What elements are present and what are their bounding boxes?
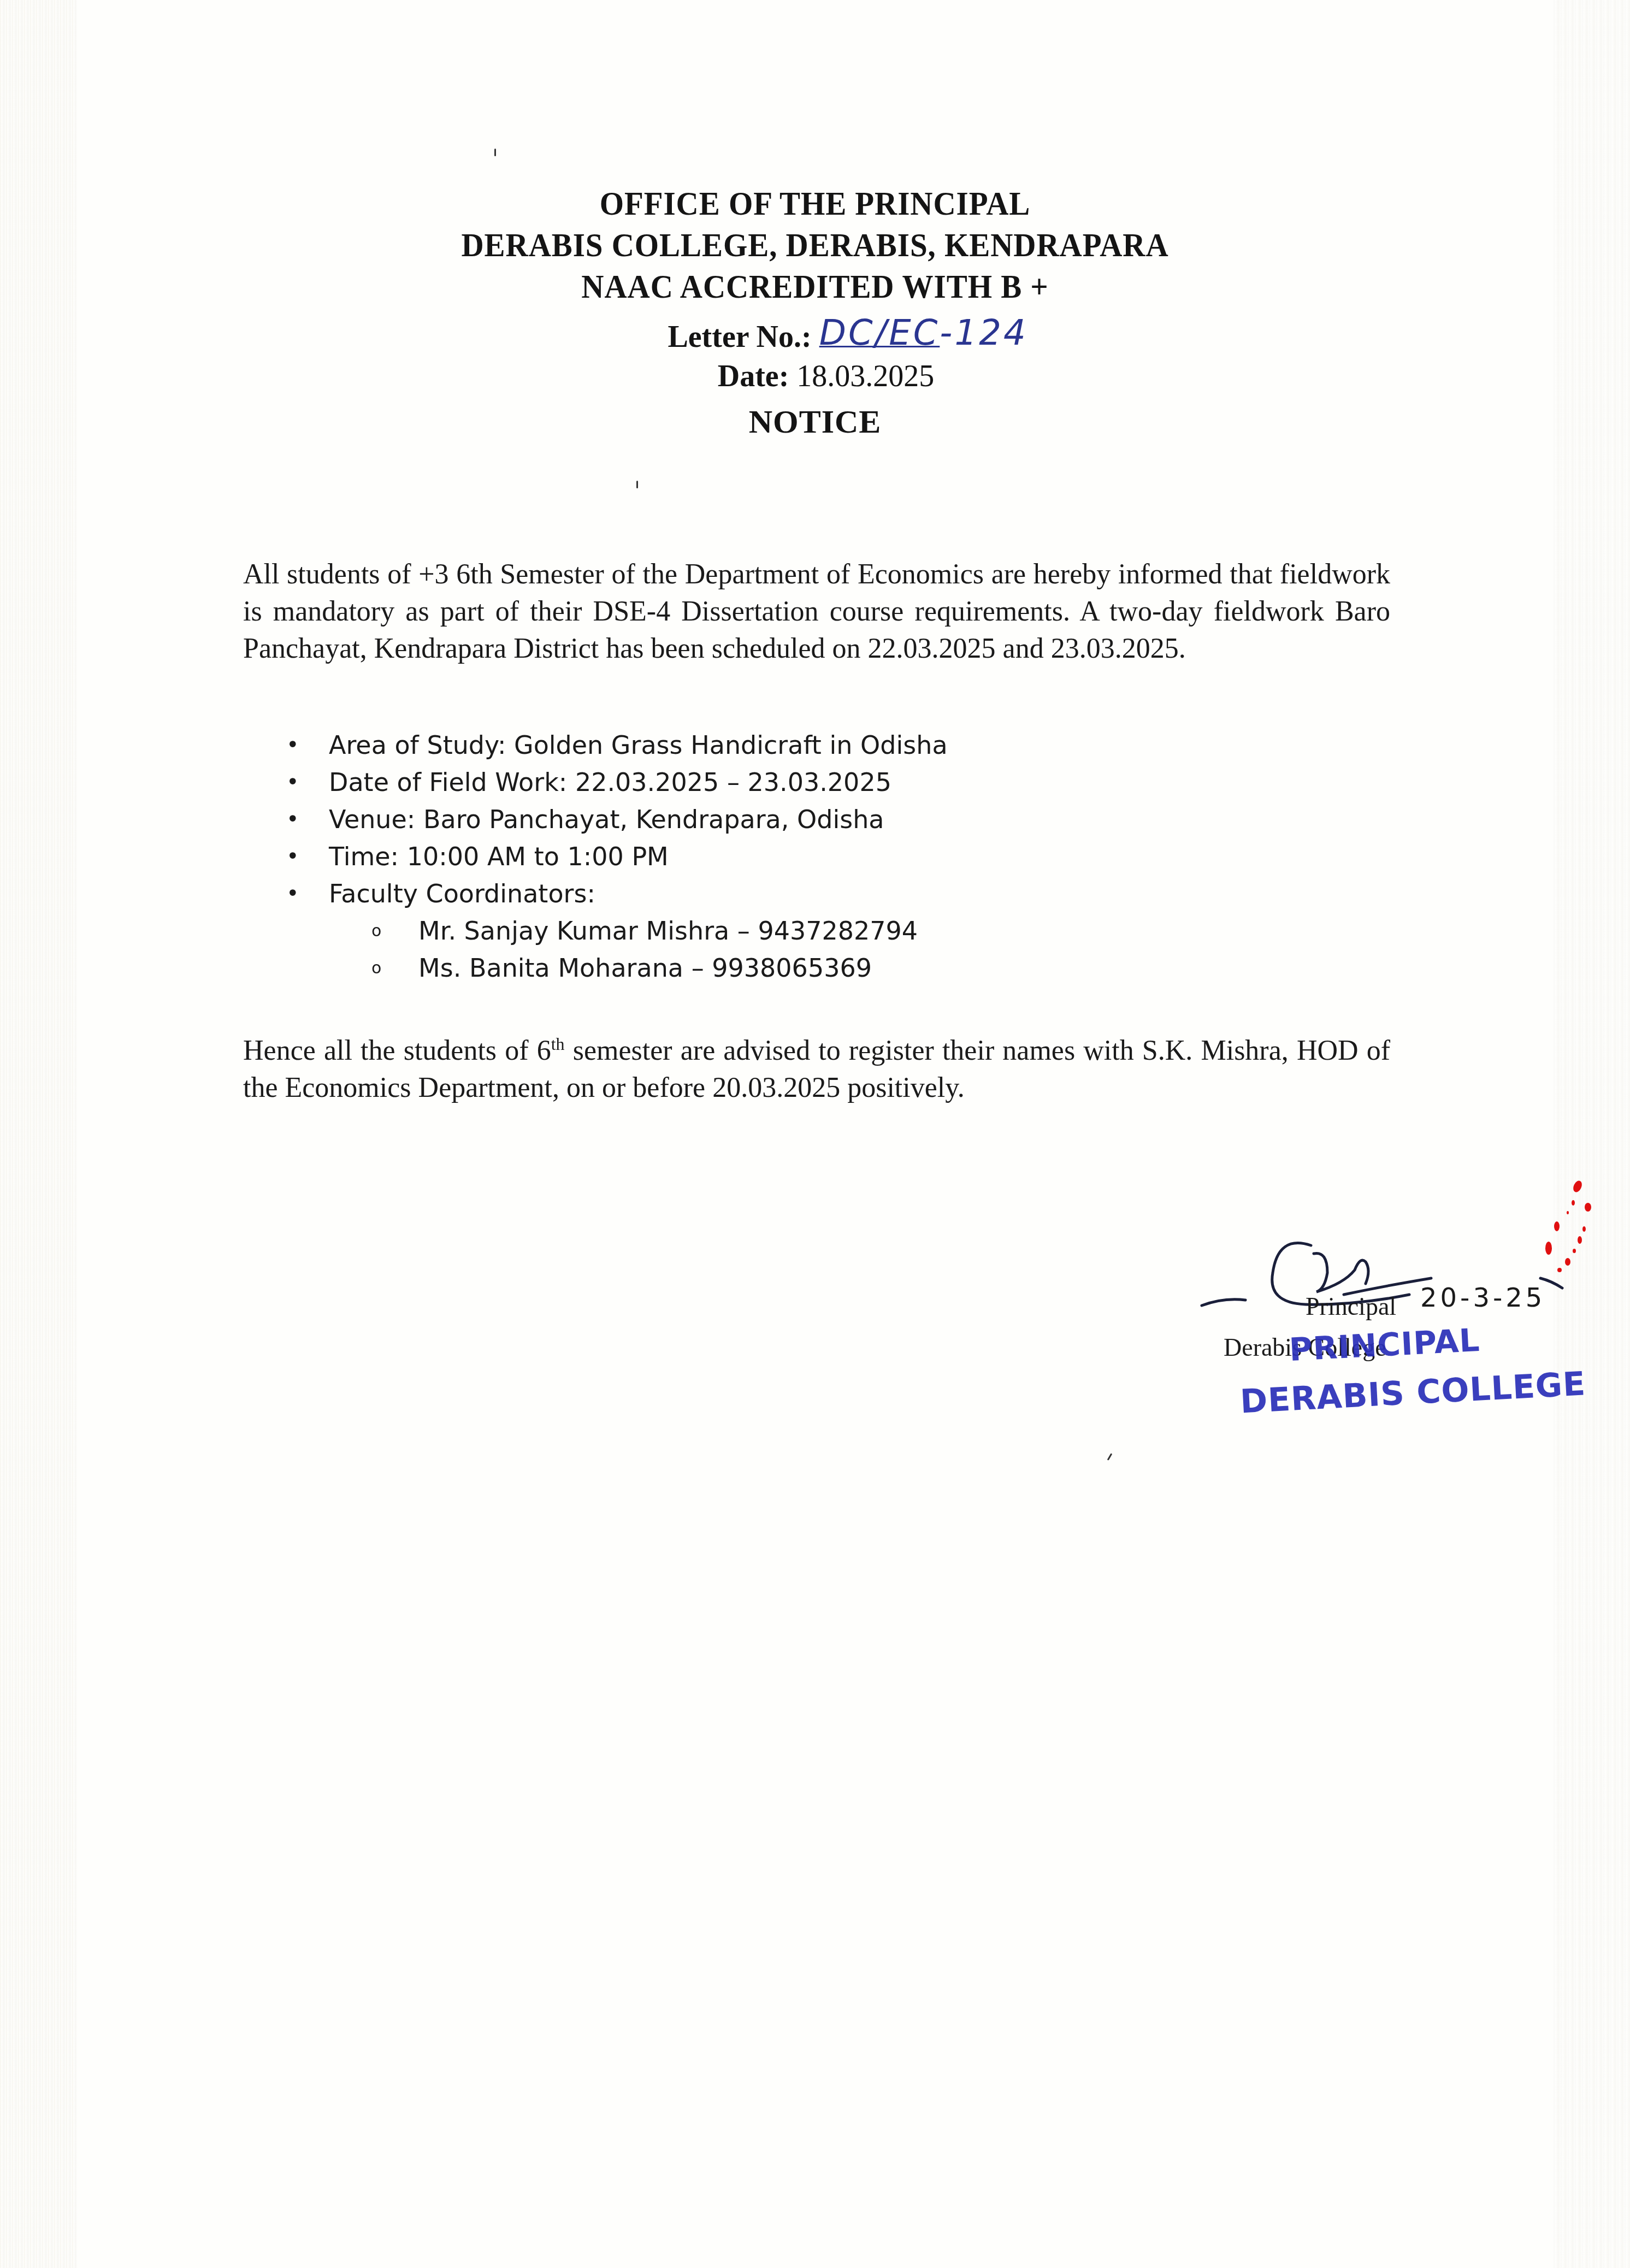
fieldwork-dates: Date of Field Work: 22.03.2025 – 23.03.2… <box>329 767 891 797</box>
letter-number-row: Letter No.: DC/EC-124 <box>33 316 1630 357</box>
coordinator-1: Mr. Sanjay Kumar Mishra – 9437282794 <box>418 916 918 946</box>
notice-title: NOTICE <box>0 403 1630 441</box>
scan-speck <box>1107 1453 1113 1461</box>
date-label: Date: <box>718 359 789 393</box>
details-list: • Area of Study: Golden Grass Handicraft… <box>279 727 948 987</box>
scan-speck <box>636 481 638 488</box>
office-title: OFFICE OF THE PRINCIPAL <box>65 183 1564 225</box>
ordinal-suffix: th <box>551 1034 565 1054</box>
faculty-coordinators-label: Faculty Coordinators: <box>329 879 595 908</box>
letter-number-label: Letter No.: <box>668 320 811 354</box>
bullet-icon: • <box>279 844 329 869</box>
time: Time: 10:00 AM to 1:00 PM <box>329 842 669 871</box>
letterhead: OFFICE OF THE PRINCIPAL DERABIS COLLEGE,… <box>0 183 1630 308</box>
letter-number-prefix: DC/EC <box>819 313 940 353</box>
letter-number-suffix: -124 <box>940 313 1027 353</box>
coordinators-list: o Mr. Sanjay Kumar Mishra – 9437282794 o… <box>371 912 948 987</box>
letter-number-value: DC/EC-124 <box>819 313 1028 353</box>
accreditation: NAAC ACCREDITED WITH B + <box>65 266 1564 308</box>
signature-date: 20-3-25 <box>1420 1283 1545 1313</box>
bullet-icon: • <box>279 770 329 795</box>
list-item: • Date of Field Work: 22.03.2025 – 23.03… <box>279 764 948 801</box>
signature-block: Principal 20-3-25 Derabis College PRINCI… <box>1191 1224 1617 1431</box>
list-item: • Time: 10:00 AM to 1:00 PM <box>279 838 948 875</box>
list-item: • Area of Study: Golden Grass Handicraft… <box>279 727 948 764</box>
letter-meta: Letter No.: DC/EC-124 Date: 18.03.2025 <box>0 316 1630 396</box>
college-name: DERABIS COLLEGE, DERABIS, KENDRAPARA <box>65 225 1564 266</box>
circle-bullet-icon: o <box>371 922 418 941</box>
scan-speck <box>494 149 496 156</box>
area-of-study: Area of Study: Golden Grass Handicraft i… <box>329 730 948 760</box>
venue: Venue: Baro Panchayat, Kendrapara, Odish… <box>329 805 884 834</box>
closing-text-start: Hence all the students of 6 <box>243 1035 551 1066</box>
date-value: 18.03.2025 <box>796 359 934 393</box>
coordinator-2: Ms. Banita Moharana – 9938065369 <box>418 953 872 983</box>
list-item: • Venue: Baro Panchayat, Kendrapara, Odi… <box>279 801 948 838</box>
date-row: Date: 18.03.2025 <box>11 357 1630 396</box>
list-item: • Faculty Coordinators: <box>279 875 948 912</box>
bullet-icon: • <box>279 881 329 906</box>
bullet-icon: • <box>279 807 329 832</box>
list-item: o Mr. Sanjay Kumar Mishra – 9437282794 <box>371 912 948 949</box>
principal-label: Principal <box>1306 1292 1396 1321</box>
circle-bullet-icon: o <box>371 959 418 978</box>
bullet-icon: • <box>279 733 329 758</box>
closing-paragraph: Hence all the students of 6th semester a… <box>243 1032 1390 1107</box>
intro-paragraph: All students of +3 6th Semester of the D… <box>243 556 1390 668</box>
list-item: o Ms. Banita Moharana – 9938065369 <box>371 949 948 987</box>
